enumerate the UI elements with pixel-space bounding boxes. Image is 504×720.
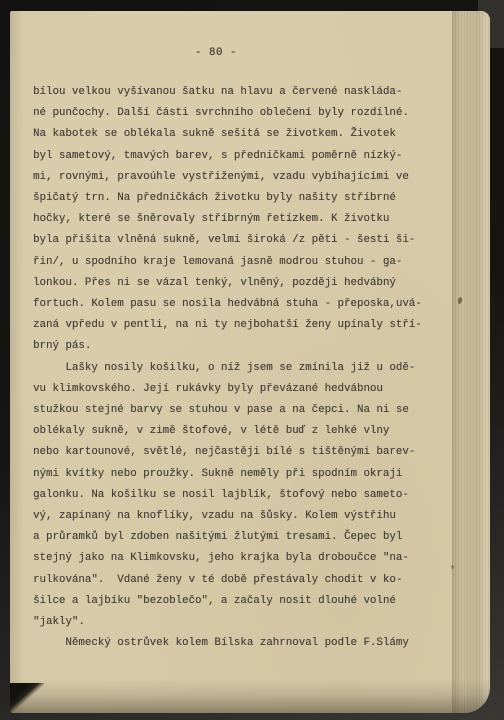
paragraph-nemecky-ostruvek: Německý ostrůvek kolem Bílska zahrnoval … [33,633,438,654]
scanned-book-photo: - 80 - bílou velkou vyšívanou šatku na h… [0,0,504,720]
paragraph-continuation: bílou velkou vyšívanou šatku na hlavu a … [33,82,438,358]
page-bottom-shadow [10,679,490,713]
paper-speck [451,565,454,569]
body-text: bílou velkou vyšívanou šatku na hlavu a … [33,82,438,654]
page-bottom-left-shadow [10,683,44,713]
book-page: - 80 - bílou velkou vyšívanou šatku na h… [10,11,490,713]
paper-speck [365,641,368,644]
paragraph-lasky: Lašky nosily košilku, o níž jsem se zmín… [33,358,438,634]
book-page-stack-edge [452,11,490,713]
page-number: - 80 - [10,43,422,64]
